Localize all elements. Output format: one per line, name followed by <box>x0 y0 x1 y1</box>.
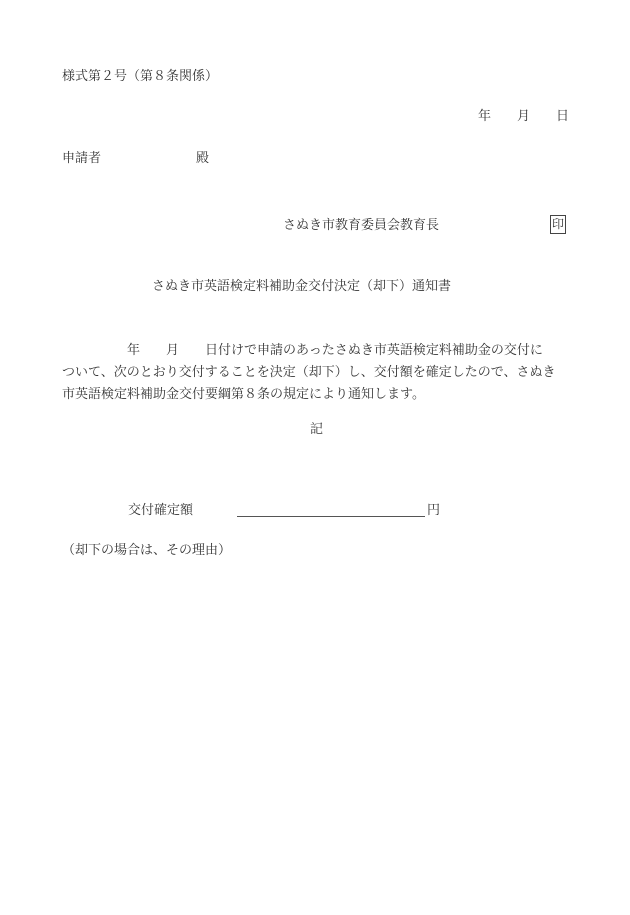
body-line: ついて、次のとおり交付することを決定（却下）し、交付額を確定したので、さぬき <box>62 362 578 384</box>
date-line: 年月日 <box>478 110 569 123</box>
applicant-line: 申請者 殿 <box>62 152 101 165</box>
date-day-label: 日 <box>556 110 569 123</box>
applicant-honorific: 殿 <box>196 152 209 165</box>
body-paragraph: 年 月 日付けで申請のあったさぬき市英語検定料補助金の交付に ついて、次のとおり… <box>62 340 578 406</box>
amount-unit: 円 <box>427 504 440 517</box>
form-number: 様式第２号（第８条関係） <box>62 70 218 83</box>
amount-line: 交付確定額 円 <box>128 504 193 517</box>
date-year-label: 年 <box>478 110 491 123</box>
record-heading: 記 <box>310 423 323 436</box>
amount-blank-line <box>237 516 425 517</box>
date-month-label: 月 <box>517 110 530 123</box>
issuer-name: さぬき市教育委員会教育長 <box>283 219 439 232</box>
applicant-label: 申請者 <box>62 151 101 166</box>
body-line: 年 月 日付けで申請のあったさぬき市英語検定料補助金の交付に <box>62 340 578 362</box>
document-title: さぬき市英語検定料補助金交付決定（却下）通知書 <box>152 280 451 293</box>
body-line: 市英語検定料補助金交付要綱第８条の規定により通知します。 <box>62 384 578 406</box>
amount-label: 交付確定額 <box>128 503 193 518</box>
seal-mark: 印 <box>550 215 566 234</box>
rejection-reason-label: （却下の場合は、その理由） <box>62 544 231 557</box>
